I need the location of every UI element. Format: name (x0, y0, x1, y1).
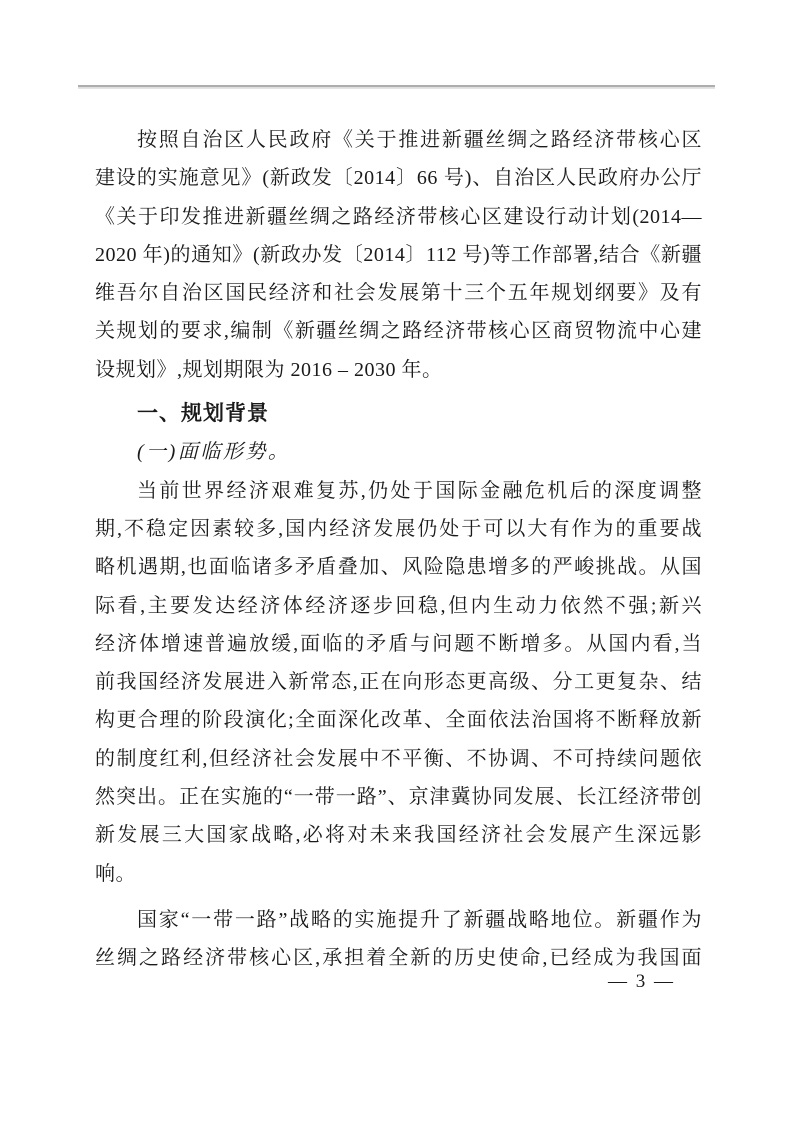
subsection-heading: (一)面临形势。 (95, 433, 702, 471)
text-line: 新发展三大国家战略,必将对未来我国经济社会发展产生深远影 (95, 816, 702, 854)
text-line: 的制度红利,但经济社会发展中不平衡、不协调、不可持续问题依 (95, 740, 702, 778)
text-line: 际看,主要发达经济体经济逐步回稳,但内生动力依然不强;新兴 (95, 587, 702, 625)
text-line: 然突出。正在实施的“一带一路”、京津冀协同发展、长江经济带创 (95, 778, 702, 816)
text-line: 国家“一带一路”战略的实施提升了新疆战略地位。新疆作为 (95, 901, 702, 939)
document-body: 按照自治区人民政府《关于推进新疆丝绸之路经济带核心区 建设的实施意见》(新政发〔… (95, 121, 702, 978)
page-header-rule (78, 85, 715, 89)
text-line: 建设的实施意见》(新政发〔2014〕66 号)、自治区人民政府办公厅 (95, 159, 702, 197)
paragraph-2: 当前世界经济艰难复苏,仍处于国际金融危机后的深度调整 期,不稳定因素较多,国内经… (95, 472, 702, 893)
document-page: 按照自治区人民政府《关于推进新疆丝绸之路经济带核心区 建设的实施意见》(新政发〔… (0, 0, 793, 1122)
page-number: — 3 — (608, 969, 675, 995)
text-line: 构更合理的阶段演化;全面深化改革、全面依法治国将不断释放新 (95, 701, 702, 739)
text-line: 响。 (95, 855, 702, 893)
section-heading: 一、规划背景 (95, 395, 702, 433)
text-line: 期,不稳定因素较多,国内经济发展仍处于可以大有作为的重要战 (95, 510, 702, 548)
text-line: 关规划的要求,编制《新疆丝绸之路经济带核心区商贸物流中心建 (95, 312, 702, 350)
text-line: 2020 年)的通知》(新政办发〔2014〕112 号)等工作部署,结合《新疆 (95, 236, 702, 274)
text-line: 维吾尔自治区国民经济和社会发展第十三个五年规划纲要》及有 (95, 274, 702, 312)
paragraph-3: 国家“一带一路”战略的实施提升了新疆战略地位。新疆作为 丝绸之路经济带核心区,承… (95, 901, 702, 978)
text-line: 按照自治区人民政府《关于推进新疆丝绸之路经济带核心区 (95, 121, 702, 159)
text-line: 设规划》,规划期限为 2016 – 2030 年。 (95, 351, 702, 389)
text-line: 《关于印发推进新疆丝绸之路经济带核心区建设行动计划(2014— (95, 198, 702, 236)
text-line: 略机遇期,也面临诸多矛盾叠加、风险隐患增多的严峻挑战。从国 (95, 548, 702, 586)
text-line: 当前世界经济艰难复苏,仍处于国际金融危机后的深度调整 (95, 472, 702, 510)
paragraph-1: 按照自治区人民政府《关于推进新疆丝绸之路经济带核心区 建设的实施意见》(新政发〔… (95, 121, 702, 389)
text-line: 经济体增速普遍放缓,面临的矛盾与问题不断增多。从国内看,当 (95, 625, 702, 663)
text-line: 前我国经济发展进入新常态,正在向形态更高级、分工更复杂、结 (95, 663, 702, 701)
